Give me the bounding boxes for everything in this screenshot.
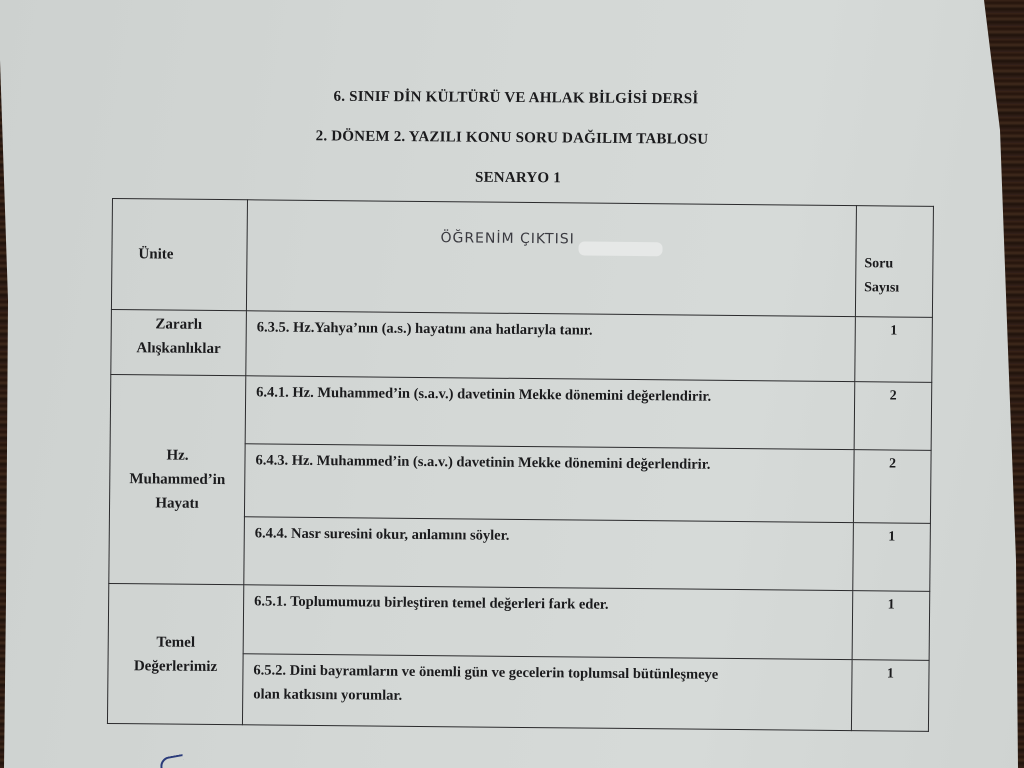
count-cell: 1 (855, 317, 933, 382)
outcome-cell: 6.5.1. Toplumumuzu birleştiren temel değ… (243, 585, 853, 660)
outcome-line: 6.5.2. Dini bayramların ve önemli gün ve… (253, 663, 718, 683)
unit-cell-temel-degerlerimiz: Temel Değerlerimiz (107, 584, 243, 725)
unit-cell-hz-muhammed-hayati: Hz. Muhammed’in Hayatı (109, 374, 246, 585)
outcome-cell: 6.3.5. Hz.Yahya’nın (a.s.) hayatını ana … (246, 311, 856, 382)
table-row: Hz. Muhammed’in Hayatı 6.4.1. Hz. Muhamm… (110, 374, 932, 450)
question-distribution-table: Ünite ÖĞRENİM ÇIKTISI Soru Sayısı Zararl… (107, 198, 934, 732)
outcome-cell: 6.4.1. Hz. Muhammed’in (s.a.v.) davetini… (245, 376, 855, 450)
count-cell: 2 (854, 382, 932, 451)
outcome-cell: 6.4.3. Hz. Muhammed’in (s.a.v.) davetini… (244, 444, 854, 523)
correction-fluid-mark (579, 241, 663, 256)
count-cell: 1 (853, 522, 931, 592)
table-row: Zararlı Alışkanlıklar 6.3.5. Hz.Yahya’nı… (111, 310, 933, 383)
header-question-count: Soru Sayısı (855, 206, 933, 318)
unit-line: Hayatı (155, 496, 198, 512)
unit-line: Muhammed’in (129, 471, 225, 488)
scenario-label: SENARYO 1 (6, 166, 1024, 190)
outcome-line: olan katkısını yorumlar. (253, 687, 402, 704)
header-count-line-1: Soru (864, 256, 893, 271)
unit-line: Hz. (166, 448, 188, 464)
unit-line: Temel (156, 634, 195, 650)
unit-cell-zararli-aliskanliklar: Zararlı Alışkanlıklar (111, 310, 247, 376)
table-header-row: Ünite ÖĞRENİM ÇIKTISI Soru Sayısı (111, 199, 933, 318)
outcome-cell: 6.4.4. Nasr suresini okur, anlamını söyl… (244, 516, 854, 591)
document-subtitle: 2. DÖNEM 2. YAZILI KONU SORU DAĞILIM TAB… (0, 126, 1024, 152)
count-cell: 1 (851, 660, 929, 732)
handwritten-outcome-label: ÖĞRENİM ÇIKTISI (440, 230, 574, 247)
table-row: Temel Değerlerimiz 6.5.1. Toplumumuzu bi… (108, 584, 930, 661)
count-cell: 2 (853, 449, 931, 523)
header-outcome: ÖĞRENİM ÇIKTISI (246, 200, 856, 317)
unit-line: Değerlerimiz (134, 658, 217, 675)
paper-sheet: 6. SINIF DİN KÜLTÜRÜ VE AHLAK BİLGİSİ DE… (0, 0, 1024, 768)
header-unit: Ünite (111, 199, 247, 312)
count-cell: 1 (852, 591, 930, 661)
unit-line: Zararlı (155, 317, 202, 333)
outcome-cell: 6.5.2. Dini bayramların ve önemli gün ve… (242, 654, 852, 731)
document-title: 6. SINIF DİN KÜLTÜRÜ VE AHLAK BİLGİSİ DE… (4, 86, 1024, 110)
unit-line: Alışkanlıklar (136, 341, 220, 358)
pen-scribble-mark (159, 754, 185, 768)
header-count-line-2: Sayısı (864, 280, 899, 295)
